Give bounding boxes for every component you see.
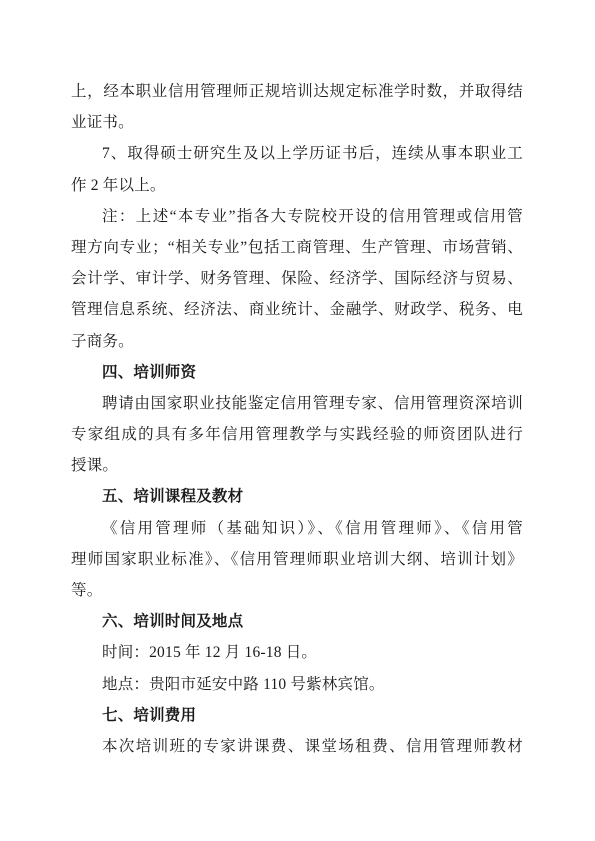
- section-5-courses: 五、培训课程及教材: [71, 481, 523, 512]
- section-heading-courses-materials: 五、培训课程及教材: [71, 481, 523, 512]
- section-4-faculty: 四、培训师资: [71, 357, 523, 388]
- document-page: 上，经本职业信用管理师正规培训达规定标准学时数，并取得结 业证书。 7、取得硕士…: [0, 0, 595, 841]
- doc-line: 《信用管理师（基础知识）》、《信用管理师》、《信用管: [71, 513, 523, 544]
- paragraph-venue: 地点：贵阳市延安中路 110 号紫林宾馆。: [71, 669, 523, 700]
- doc-line: 业证书。: [71, 107, 523, 138]
- section-heading-time-venue: 六、培训时间及地点: [71, 606, 523, 637]
- section-7-fees: 七、培训费用: [71, 700, 523, 731]
- doc-line: 理方向专业；“相关专业”包括工商管理、生产管理、市场营销、: [71, 232, 523, 263]
- doc-line: 管理信息系统、经济法、商业统计、金融学、财政学、税务、电: [71, 294, 523, 325]
- doc-line: 作 2 年以上。: [71, 170, 523, 201]
- doc-line: 7、取得硕士研究生及以上学历证书后，连续从事本职业工: [71, 138, 523, 169]
- paragraph-courses-body: 《信用管理师（基础知识）》、《信用管理师》、《信用管 理师国家职业标准》、《信用…: [71, 513, 523, 607]
- paragraph-note-majors: 注：上述“本专业”指各大专院校开设的信用管理或信用管 理方向专业；“相关专业”包…: [71, 201, 523, 357]
- training-venue-line: 地点：贵阳市延安中路 110 号紫林宾馆。: [71, 669, 523, 700]
- doc-line: 注：上述“本专业”指各大专院校开设的信用管理或信用管: [71, 201, 523, 232]
- paragraph-fees-body: 本次培训班的专家讲课费、课堂场租费、信用管理师教材费、: [71, 731, 523, 762]
- doc-line: 子商务。: [71, 326, 523, 357]
- paragraph-completion-certificate: 上，经本职业信用管理师正规培训达规定标准学时数，并取得结 业证书。: [71, 76, 523, 138]
- doc-line: 专家组成的具有多年信用管理教学与实践经验的师资团队进行: [71, 419, 523, 450]
- paragraph-item-7: 7、取得硕士研究生及以上学历证书后，连续从事本职业工 作 2 年以上。: [71, 138, 523, 200]
- doc-line: 等。: [71, 575, 523, 606]
- section-heading-training-fees: 七、培训费用: [71, 700, 523, 731]
- paragraph-time: 时间：2015 年 12 月 16-18 日。: [71, 637, 523, 668]
- doc-line: 会计学、审计学、财务管理、保险、经济学、国际经济与贸易、: [71, 263, 523, 294]
- section-heading-training-faculty: 四、培训师资: [71, 357, 523, 388]
- section-6-time-venue: 六、培训时间及地点: [71, 606, 523, 637]
- doc-line: 聘请由国家职业技能鉴定信用管理专家、信用管理资深培训: [71, 388, 523, 419]
- doc-line: 授课。: [71, 450, 523, 481]
- doc-line: 理师国家职业标准》、《信用管理师职业培训大纲、培训计划》: [71, 544, 523, 575]
- doc-line: 本次培训班的专家讲课费、课堂场租费、信用管理师教材费、: [71, 731, 523, 762]
- training-time-line: 时间：2015 年 12 月 16-18 日。: [71, 637, 523, 668]
- paragraph-faculty-body: 聘请由国家职业技能鉴定信用管理专家、信用管理资深培训 专家组成的具有多年信用管理…: [71, 388, 523, 482]
- doc-line: 上，经本职业信用管理师正规培训达规定标准学时数，并取得结: [71, 76, 523, 107]
